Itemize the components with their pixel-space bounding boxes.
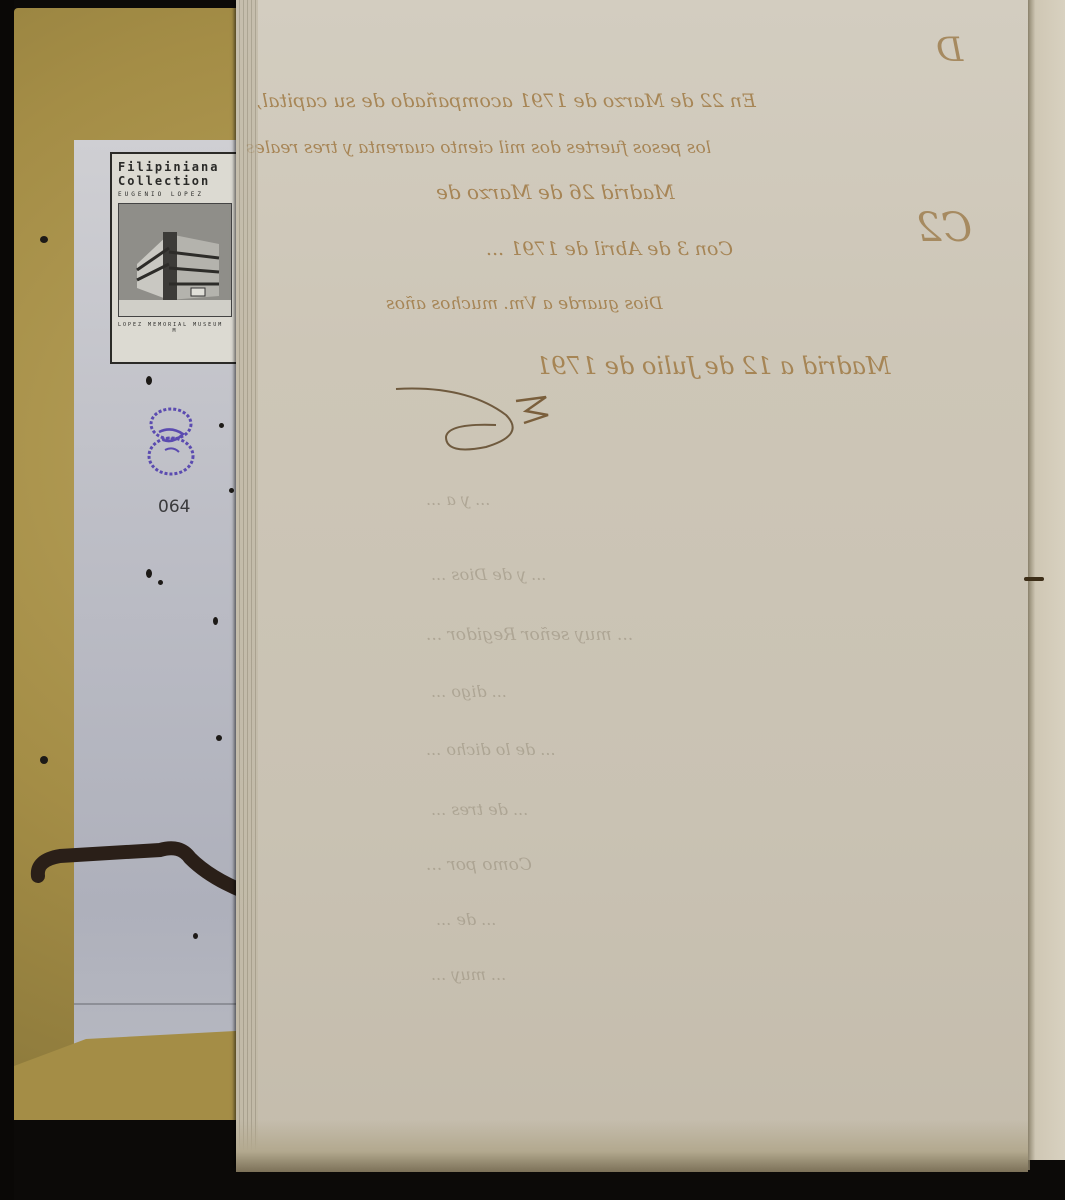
backing-fold-line: [74, 1003, 249, 1005]
manuscript-line: Madrid 26 de Marzo de: [436, 180, 675, 204]
leather-tie-icon: [30, 830, 260, 920]
bookplate-title-line2: Collection: [118, 174, 230, 188]
faint-line: ... de ...: [436, 910, 496, 929]
binding-thread: [1024, 577, 1044, 581]
ink-spot: [40, 236, 48, 243]
manuscript-line: Con 3 de Abril de 1791 ...: [486, 238, 733, 260]
catalog-number: 064: [158, 497, 190, 517]
scan-background: [0, 0, 14, 1200]
leaf-bottom-stain: [236, 1120, 1028, 1172]
bookplate-caption-sub: M: [118, 328, 230, 334]
bookplate-owner: EUGENIO LOPEZ: [118, 191, 230, 198]
ink-spot: [213, 617, 218, 625]
ink-spot: [40, 756, 48, 764]
manuscript-line: En 22 de Marzo de 1791 acompañado de su …: [256, 90, 756, 112]
ink-spot: [146, 376, 152, 385]
manuscript-line: Dios guarde a Vm. muchos años: [386, 294, 663, 314]
ink-spot: [193, 933, 198, 939]
margin-mark: D: [936, 30, 963, 70]
faint-line: ... y de Dios ...: [431, 565, 546, 584]
manuscript-leaf: En 22 de Marzo de 1791 acompañado de su …: [236, 0, 1028, 1168]
library-stamp-icon: [143, 404, 199, 478]
faint-line: ... y a ...: [426, 490, 490, 509]
bookplate-title-line1: Filipiniana: [118, 160, 230, 174]
manuscript-line: los pesos fuertes dos mil ciento cuarent…: [246, 138, 711, 158]
bookplate: Filipiniana Collection EUGENIO LOPEZ LOP…: [110, 152, 238, 364]
faint-line: ... de lo dicho ...: [426, 740, 556, 759]
ink-spot: [158, 580, 163, 585]
ink-spot: [229, 488, 234, 493]
margin-mark: C2: [916, 205, 972, 251]
faint-line: ... muy ...: [431, 965, 506, 984]
ink-spot: [216, 735, 222, 741]
ink-spot: [219, 423, 224, 428]
page-stack-edge: [236, 0, 258, 1160]
faint-line: ... digo ...: [431, 682, 507, 701]
ink-spot: [146, 569, 152, 578]
building-illustration-icon: [118, 203, 232, 317]
faint-line: ... de tres ...: [431, 800, 528, 819]
faint-line: Como por ...: [426, 855, 532, 875]
manuscript-line: Madrid a 12 de Julio de 1791: [536, 352, 890, 380]
faint-line: ... muy señor Regidor ...: [426, 625, 633, 645]
signature-flourish-icon: [386, 375, 586, 465]
